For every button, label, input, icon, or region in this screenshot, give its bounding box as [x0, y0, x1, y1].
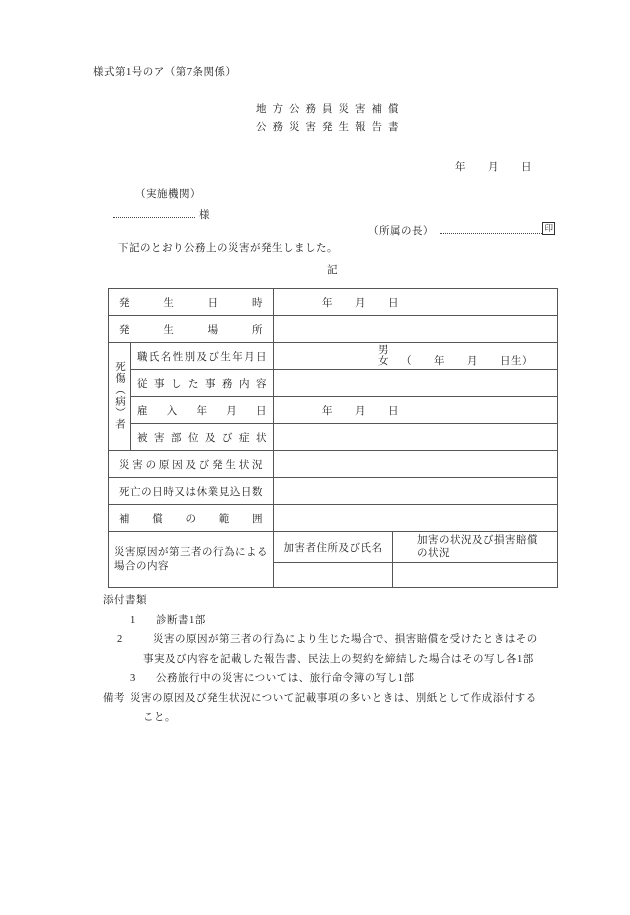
table-row: 被害部位及び症状 [109, 424, 558, 451]
table-row: 発生場所 [109, 316, 558, 343]
table-row: 災害の原因及び発生状況 [109, 451, 558, 478]
remarks-label: 備考 [103, 689, 130, 728]
victim-group-cell: 死傷（病）者 [109, 343, 131, 451]
sex-female-label: 女 [378, 356, 389, 368]
document-title-line2: 公務災害発生報告書 [256, 119, 405, 137]
cell-cause-situation [274, 451, 558, 478]
row-label-cause-situation: 災害の原因及び発生状況 [109, 451, 274, 478]
row-label-hire-date: 雇入年月日 [131, 397, 274, 424]
table-row: 発生日時 年 月 日 [109, 289, 558, 316]
seal-mark: 印 [542, 222, 555, 235]
record-heading: 記 [108, 262, 557, 277]
cell-name-sex-birth: 男 女 （ 年 月 日生） [274, 343, 558, 370]
cell-compensation-scope [274, 505, 558, 532]
cell-injury-part [274, 424, 558, 451]
document-title-line1: 地方公務員災害補償 [256, 101, 405, 119]
intro-sentence: 下記のとおり公務上の災害が発生しました。 [118, 240, 338, 255]
affiliation-fill-in-line: 印 [440, 221, 552, 234]
cell-hire-date: 年 月 日 [274, 397, 558, 424]
table-row: 補償の範囲 [109, 505, 558, 532]
report-date-line: 年 月 日 [455, 159, 532, 174]
addressee-suffix: 様 [199, 210, 210, 221]
affiliation-head-line: （所属の長）印 [368, 221, 552, 238]
table-row: 雇入年月日 年 月 日 [109, 397, 558, 424]
attachment-item-text: 公務旅行中の災害については、旅行命令簿の写し1部 [156, 673, 415, 684]
attachment-item-text: 災害の原因が第三者の行為により生じた場合で、損害賠償を受けたときはその事実及び内… [143, 630, 545, 669]
document-title: 地方公務員災害補償 公務災害発生報告書 [256, 101, 405, 137]
subheader-damage-status: 加害の状況及び損害賠償の状況 [393, 532, 558, 563]
addressee-fill-in-line [113, 205, 195, 218]
row-label-death-or-absence: 死亡の日時又は休業見込日数 [109, 478, 274, 505]
cell-occurrence-place [274, 316, 558, 343]
attachment-item-number: 2 [117, 630, 123, 650]
cell-perpetrator [274, 563, 393, 588]
addressee-line: 様 [113, 205, 210, 222]
table-row: 災害原因が第三者の行為による場合の内容 加害者住所及び氏名 加害の状況及び損害賠… [109, 532, 558, 563]
victim-group-label: 死傷（病）者 [112, 361, 127, 430]
sex-options: 男 女 [378, 345, 389, 368]
cell-death-or-absence [274, 478, 558, 505]
sex-male-label: 男 [378, 345, 389, 357]
attachments-heading: 添付書類 [103, 591, 563, 611]
attachment-item-number: 1 [130, 611, 156, 631]
affiliation-head-label: （所属の長） [368, 226, 434, 237]
row-label-duties: 従事した事務内容 [131, 370, 274, 397]
row-label-occurrence-datetime: 発生日時 [109, 289, 274, 316]
attachment-item-3: 3公務旅行中の災害については、旅行命令簿の写し1部 [130, 669, 563, 689]
attachments-section: 添付書類 1診断書1部 2 災害の原因が第三者の行為により生じた場合で、損害賠償… [103, 591, 563, 728]
attachment-item-1: 1診断書1部 [130, 611, 563, 631]
remarks-text: 災害の原因及び発生状況について記載事項の多いときは、別紙として作成添付すること。 [130, 689, 547, 728]
cell-duties [274, 370, 558, 397]
attachment-item-text: 診断書1部 [156, 615, 206, 626]
row-label-third-party: 災害原因が第三者の行為による場合の内容 [109, 532, 274, 588]
subheader-perpetrator: 加害者住所及び氏名 [274, 532, 393, 563]
attachment-item-number: 3 [130, 669, 156, 689]
table-row: 死亡の日時又は休業見込日数 [109, 478, 558, 505]
row-label-occurrence-place: 発生場所 [109, 316, 274, 343]
disaster-report-table: 発生日時 年 月 日 発生場所 死傷（病）者 職氏名性別及び生年月日 男 女 （… [108, 288, 558, 588]
attachment-item-2: 2 災害の原因が第三者の行為により生じた場合で、損害賠償を受けたときはその事実及… [130, 630, 563, 669]
table-row: 従事した事務内容 [109, 370, 558, 397]
table-row: 死傷（病）者 職氏名性別及び生年月日 男 女 （ 年 月 日生） [109, 343, 558, 370]
form-document-page: { "page": { "form_number": "様式第1号のア（第7条関… [0, 0, 630, 915]
remarks-row: 備考 災害の原因及び発生状況について記載事項の多いときは、別紙として作成添付する… [103, 689, 563, 728]
implementing-agency-label: （実施機関） [135, 186, 201, 201]
birthdate-blank: （ 年 月 日生） [401, 353, 533, 368]
form-number: 様式第1号のア（第7条関係） [93, 64, 237, 79]
cell-damage-status [393, 563, 558, 588]
row-label-injury-part: 被害部位及び症状 [131, 424, 274, 451]
sex-and-birth: 男 女 （ 年 月 日生） [378, 345, 553, 368]
cell-occurrence-datetime: 年 月 日 [274, 289, 558, 316]
row-label-name-sex-birth: 職氏名性別及び生年月日 [131, 343, 274, 370]
row-label-compensation-scope: 補償の範囲 [109, 505, 274, 532]
